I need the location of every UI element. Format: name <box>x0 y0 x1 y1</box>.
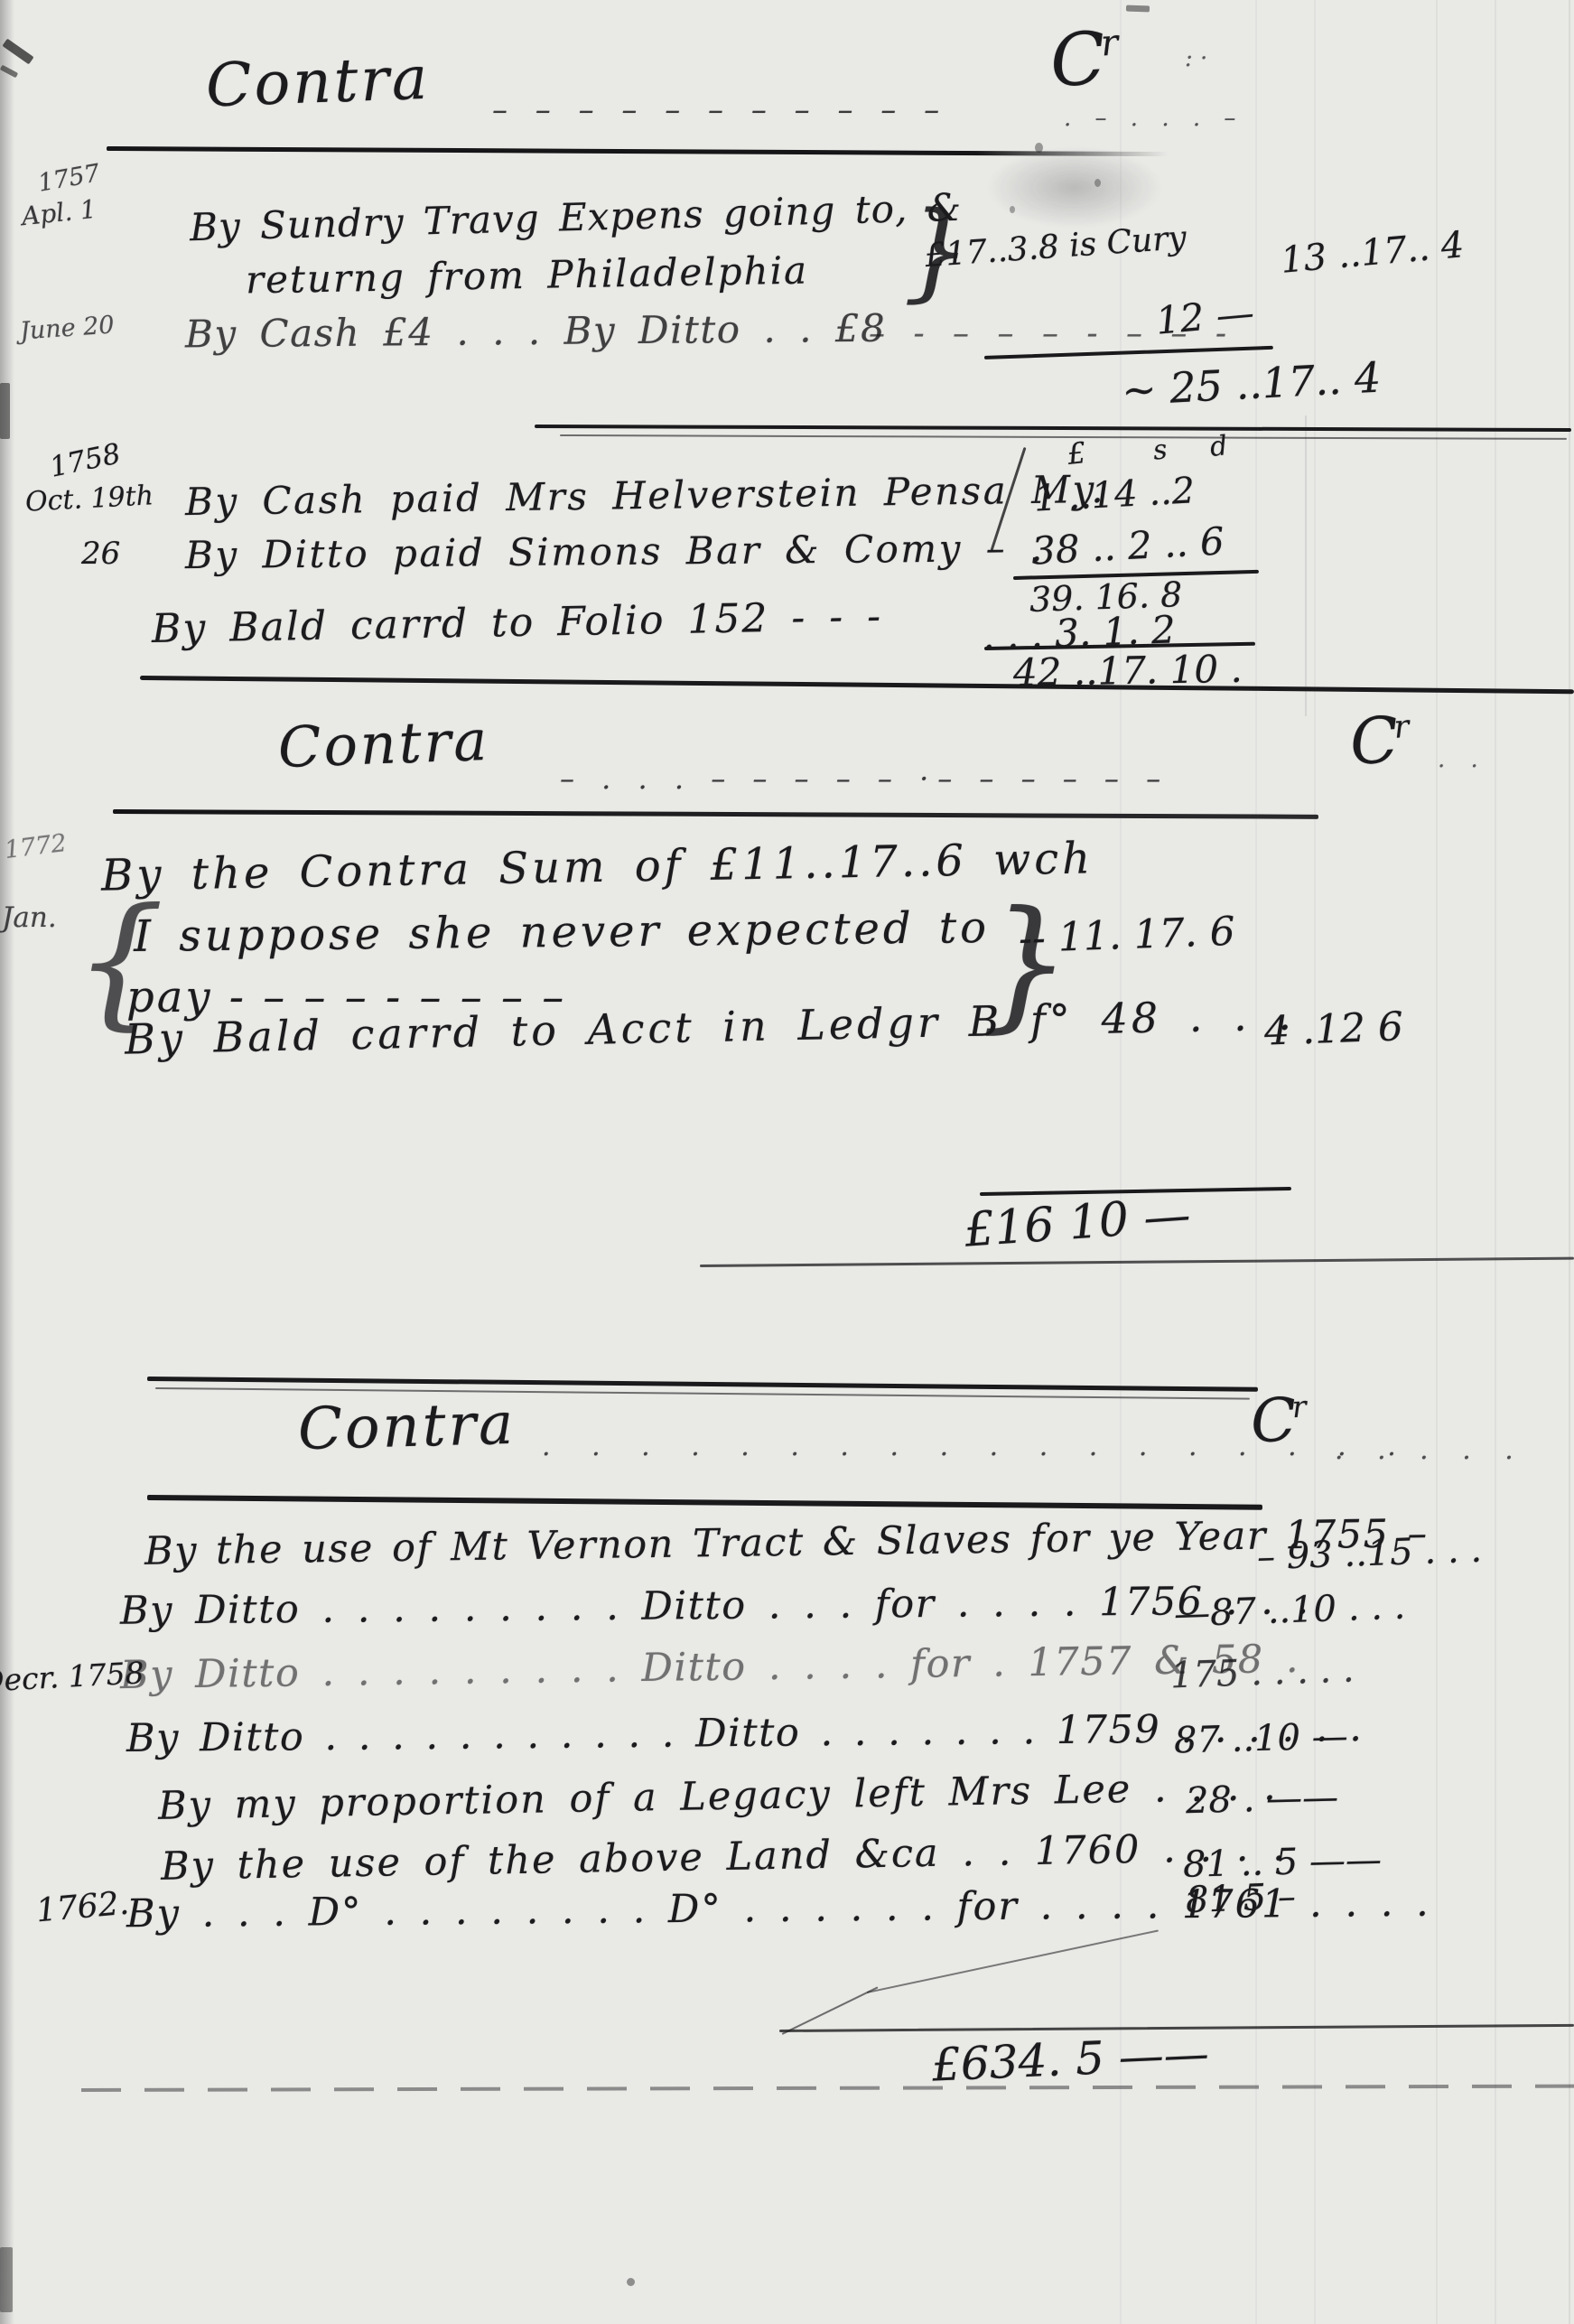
entry-amount: 175 . . . . . <box>1169 1651 1355 1694</box>
credit-r-superscript: r <box>1099 22 1119 64</box>
pen-stroke <box>867 1929 1159 1993</box>
entry-year: 1757 <box>36 161 101 196</box>
entry-amount: 38 .. 2 .. 6 <box>1030 522 1225 570</box>
entry-amount: 81 5 – <box>1185 1879 1296 1918</box>
section1-total: ~ 25 ..17.. 4 <box>1121 357 1382 412</box>
credit-r-superscript: r <box>1392 709 1410 746</box>
entry-year: 1758 <box>48 440 124 482</box>
entry-text: By my proportion of a Legacy left Mrs Le… <box>158 1768 1278 1826</box>
ink-speck <box>627 2278 635 2286</box>
entry-year: 1772 <box>4 831 68 863</box>
entry-date: Apl. 1 <box>21 197 98 229</box>
section1-credit-underdots: . – . . . – <box>1064 107 1243 130</box>
column-rule-line <box>1569 0 1570 2324</box>
column-rule-line <box>1314 0 1316 2324</box>
section4-credit-label: Cr <box>1249 1389 1309 1451</box>
section3-contra-heading: Contra <box>277 713 490 776</box>
currency-col-pence: d <box>1208 433 1228 462</box>
entry-text: By the Contra Sum of £11..17..6 wch <box>101 836 1094 897</box>
entry-text: By Bald carrd to Folio 152 - - - <box>152 597 883 649</box>
entry-amount: – 93 ..15 . . . <box>1256 1532 1482 1576</box>
section4-contra-heading: Contra <box>297 1395 517 1459</box>
column-rule-line <box>1495 0 1496 2324</box>
column-rule-line <box>1436 0 1438 2324</box>
entry-year: 1762. <box>35 1888 131 1928</box>
section1-credit-label: Cr <box>1048 21 1122 98</box>
section3-head-rule <box>113 809 1318 819</box>
entry-date: 26 <box>81 538 120 569</box>
entry-amount: —87 ..10 . . . <box>1173 1589 1405 1633</box>
scan-smudge <box>0 383 10 439</box>
closing-rule <box>700 1257 1574 1267</box>
entry-text: By Sundry Travg Expens going to, & <box>190 189 963 247</box>
entry-text: By Ditto . . . . . . . . . Ditto . . . f… <box>120 1582 1310 1630</box>
section1-credit-dots: : · <box>1185 47 1207 70</box>
section1-heading-leader: – – – – – – – – – – – <box>492 95 948 126</box>
section1-contra-heading: Contra <box>205 49 431 117</box>
section4-total: £634. 5 —— <box>931 2030 1210 2087</box>
entry-amount: 87 ..10 — <box>1174 1718 1349 1759</box>
entry-text: By Cash £4 . . . By Ditto . . £8 <box>185 310 887 354</box>
currency-col-shillings: s <box>1151 436 1168 464</box>
entry-text: By Ditto . . . . . . . . . Ditto . . . .… <box>120 1640 1300 1695</box>
entry-date: Jan. <box>2 904 57 932</box>
entry-text: returng from Philadelphia <box>246 252 809 300</box>
entry-date: Oct. 19th <box>24 482 154 516</box>
section4-head-rule <box>147 1495 1262 1510</box>
credit-r-superscript: r <box>1291 1389 1308 1425</box>
closing-double-rule <box>560 434 1567 440</box>
ink-speck <box>1010 206 1015 213</box>
ledger-page-scan: Contra – – – – – – – – – – – Cr : · . – … <box>0 0 1574 2324</box>
section3-credit-label: Cr <box>1348 707 1412 774</box>
ink-speck <box>1094 179 1101 187</box>
currency-col-pounds: £ <box>1066 438 1087 469</box>
credit-c: C <box>1249 1385 1298 1457</box>
entry-text: By the use of Mt Vernon Tract & Slaves f… <box>144 1515 1429 1572</box>
entry-text: By the use of the above Land &ca . . 176… <box>161 1828 1287 1887</box>
entry-date: June 20 <box>19 313 115 343</box>
column-rule-line <box>1305 415 1307 716</box>
closing-dashed-rule <box>81 2085 1574 2092</box>
pen-stroke <box>782 1986 879 2035</box>
section4-credit-dots: · · · · · <box>1335 1445 1526 1472</box>
entry-amount: -- 11. 17. 6 <box>1018 912 1235 959</box>
entry-text: By Cash paid Mrs Helverstein Pensa My. <box>185 471 1106 521</box>
closing-rule <box>140 676 1574 694</box>
entry-amount: 12 — <box>1154 294 1255 340</box>
section3-heading-leader: – . . . – – – – – ·– – – – – – <box>560 764 1169 793</box>
scan-smudge <box>0 2247 13 2312</box>
entry-amount: 1 ..14 ..2 <box>1033 472 1196 517</box>
entry-amount: 4 .12 6 <box>1263 1007 1403 1051</box>
section3-credit-dots: . . <box>1438 748 1487 771</box>
section3-total: £16 10 — <box>963 1191 1192 1254</box>
scan-smudge <box>1126 5 1150 13</box>
entry-text: By Ditto paid Simons Bar & Comy – . <box>185 529 1045 574</box>
closing-double-rule <box>535 425 1571 432</box>
entry-text: I suppose she never expected to <box>134 906 990 958</box>
entry-amount: 28 . —— <box>1186 1779 1339 1819</box>
page-edge-shadow <box>0 0 14 2324</box>
